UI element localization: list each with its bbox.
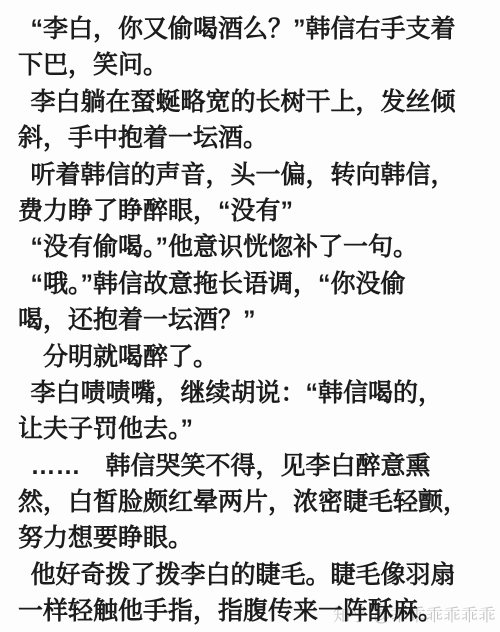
text-line: 李白躺在蝅蜒略宽的长树干上，发丝倾	[18, 84, 496, 120]
text-line: 他好奇拨了拨李白的睫毛。睫毛像羽扇	[18, 557, 496, 593]
text-line: 努力想要睁眼。	[18, 520, 496, 556]
text-line: 听着韩信的声音，头一偏，转向韩信，	[18, 157, 496, 193]
text-line: 然，白皙脸颇红晕两片，浓密睫毛轻颤，	[18, 484, 496, 520]
text-line: 分明就喝醉了。	[18, 339, 496, 375]
text-line: 李白啧啧嘴，继续胡说：“韩信喝的，	[18, 375, 496, 411]
text-line: “没有偷喝。”他意识恍惚补了一句。	[18, 229, 496, 265]
text-line: 下巴，笑问。	[18, 47, 496, 83]
text-line: …… 韩信哭笑不得，见李白醉意熏	[18, 448, 496, 484]
text-line: 斜，手中抱着一坛酒。	[18, 120, 496, 156]
text-line: “哦。”韩信故意拖长语调，“你没偷	[18, 266, 496, 302]
novel-text-page: “李白，你又偷喝酒么？”韩信右手支着 下巴，笑问。 李白躺在蝅蜒略宽的长树干上，…	[0, 0, 500, 632]
text-line: 喝，还抱着一坛酒？”	[18, 302, 496, 338]
text-line: 让夫子罚他去。”	[18, 411, 496, 447]
text-line: 一样轻触他手指，指腹传来一阵酥麻。	[18, 593, 496, 629]
text-line: “李白，你又偷喝酒么？”韩信右手支着	[18, 11, 496, 47]
text-line: 费力睁了睁醉眼，“没有”	[18, 193, 496, 229]
